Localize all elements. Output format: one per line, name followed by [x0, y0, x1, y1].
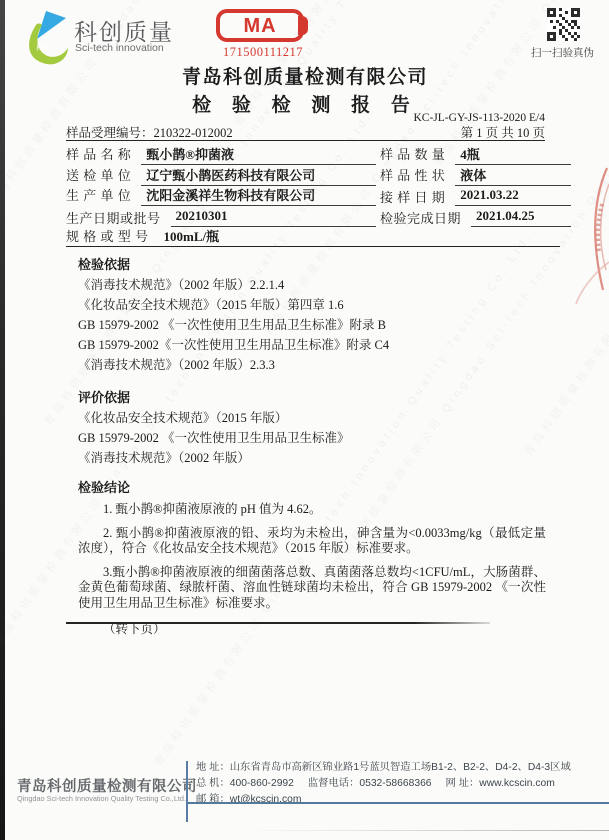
- basis-item: 《消毒技术规范》（2002 年版）2.2.1.4: [78, 275, 546, 295]
- qr-scan-caption: 扫一扫验真伪: [516, 45, 609, 60]
- field-label: 样 品 名 称: [66, 144, 141, 165]
- cma-mark-letters: MA: [243, 16, 276, 36]
- field-value: 沈阳金溪祥生物科技有限公司: [141, 185, 376, 206]
- website-value: www.kcscin.com: [479, 778, 555, 789]
- basis-item: GB 15979-2002 《一次性使用卫生用品卫生标准》附录 B: [78, 315, 546, 335]
- field-label: 送 检 单 位: [66, 165, 141, 186]
- red-seal-arc-icon: [567, 258, 609, 306]
- cma-mark-icon: MA: [216, 9, 304, 42]
- field-value: 4瓶: [455, 144, 571, 165]
- field-label: 生产日期或批号: [66, 208, 171, 227]
- address-label: 地 址：: [196, 762, 230, 773]
- field-value: 甄小鹊®抑菌液: [141, 144, 376, 165]
- field-value: 液体: [455, 165, 571, 186]
- basis-item: 《消毒技术规范》（2002 年版）2.3.3: [78, 355, 546, 375]
- field-value: 100mL/瓶: [159, 226, 376, 247]
- field-label: 样 品 性 状: [380, 165, 455, 186]
- divider-bottom: [66, 622, 490, 624]
- evaluation-item: 《消毒技术规范》（2002 年版）: [78, 448, 546, 468]
- basis-item: 《化妆品安全技术规范》（2015 年版）第四章 1.6: [78, 295, 546, 315]
- company-title: 青岛科创质量检测有限公司: [100, 62, 510, 89]
- phone-value: 400-860-2992: [230, 778, 294, 789]
- scan-edge: [0, 0, 5, 840]
- evaluation-item: 《化妆品安全技术规范》（2015 年版）: [78, 408, 546, 428]
- logo-badge-text: 科创: [36, 43, 50, 52]
- field-value: 20210301: [171, 208, 376, 227]
- cma-certificate-number: 171500111217: [208, 45, 318, 60]
- footer-address-line: 地 址：山东省青岛市高新区锦业路1号蓝贝智造工场B1-2、B2-2、D4-2、D…: [196, 760, 609, 776]
- divider-top: [66, 140, 545, 141]
- footer-email-line: 邮 箱：wt@kcscin.com: [196, 792, 609, 808]
- field-value: 2021.03.22: [455, 187, 571, 206]
- field-label: 规 格 或 型 号: [66, 226, 159, 247]
- table-row: 送 检 单 位辽宁甄小鹊医药科技有限公司 样 品 性 状液体: [66, 165, 571, 185]
- supervision-value: 0532-58668366: [359, 778, 431, 789]
- table-row: 生 产 单 位沈阳金溪祥生物科技有限公司 接 样 日 期2021.03.22: [66, 186, 571, 206]
- sample-no-label: 样品受理编号：: [66, 126, 154, 140]
- address-value: 山东省青岛市高新区锦业路1号蓝贝智造工场B1-2、B2-2、D4-2、D4-3区…: [230, 762, 571, 773]
- conclusion-paragraph: 2. 甄小鹊®抑菌液原液的铅、汞均为未检出，砷含量为<0.0033mg/kg（最…: [78, 526, 546, 557]
- basis-item: GB 15979-2002《一次性使用卫生用品卫生标准》附录 C4: [78, 335, 546, 355]
- sample-no-value: 210322-012002: [154, 126, 233, 140]
- field-value: 辽宁甄小鹊医药科技有限公司: [141, 165, 376, 186]
- footer-company-cn: 青岛科创质量检测有限公司: [17, 775, 197, 796]
- evaluation-item: GB 15979-2002 《一次性使用卫生用品卫生标准》: [78, 428, 546, 448]
- footer-rule-blue: [186, 802, 609, 804]
- field-label: 检验完成日期: [380, 208, 471, 227]
- report-body: 检验依据 《消毒技术规范》（2002 年版）2.2.1.4 《化妆品安全技术规范…: [78, 255, 546, 637]
- logo-wordmark-en: Sci-tech innovation: [75, 42, 164, 54]
- phone-label: 总 机：: [196, 778, 230, 789]
- sci-tech-logo-icon: 科创: [24, 10, 74, 66]
- page-indicator: 第 1 页 共 10 页: [461, 123, 545, 141]
- qr-code-icon: [547, 8, 580, 41]
- footer-divider: [186, 761, 188, 822]
- field-label: 接 样 日 期: [380, 187, 455, 206]
- conclusion-paragraph: 3.甄小鹊®抑菌液原液的细菌菌落总数、真菌菌落总数均<1CFU/mL，大肠菌群、…: [78, 565, 546, 612]
- divider-mid: [66, 246, 560, 247]
- website-label: 网 址：: [446, 778, 480, 789]
- table-row: 规 格 或 型 号100mL/瓶: [66, 227, 571, 247]
- footer-phone-line: 总 机：400-860-2992监督电话：0532-58668366网 址：ww…: [196, 776, 609, 792]
- footer-rule-gray: [240, 830, 609, 831]
- supervision-label: 监督电话：: [308, 778, 359, 789]
- footer-contact: 地 址：山东省青岛市高新区锦业路1号蓝贝智造工场B1-2、B2-2、D4-2、D…: [196, 760, 609, 808]
- report-page: 青岛科创质量检测有限公司 Qingdao Sci-tech Innovation…: [0, 0, 609, 840]
- field-label: 样 品 数 量: [380, 144, 455, 165]
- field-value: 2021.04.25: [471, 208, 571, 227]
- table-row: 生产日期或批号20210301 检验完成日期2021.04.25: [66, 206, 571, 226]
- sample-no-line: 样品受理编号：210322-012002: [66, 123, 233, 141]
- section-title-conclusion: 检验结论: [78, 478, 546, 498]
- footer-company-en: Qingdao Sci-tech Innovation Quality Test…: [17, 794, 186, 803]
- field-label: 生 产 单 位: [66, 185, 141, 206]
- sample-info-table: 样 品 名 称甄小鹊®抑菌液 样 品 数 量4瓶 送 检 单 位辽宁甄小鹊医药科…: [66, 145, 571, 247]
- table-row: 样 品 名 称甄小鹊®抑菌液 样 品 数 量4瓶: [66, 145, 571, 165]
- conclusion-paragraph: 1. 甄小鹊®抑菌液原液的 pH 值为 4.62。: [78, 502, 546, 518]
- continuation-note: （转下页）: [78, 622, 546, 637]
- section-title-evaluation: 评价依据: [78, 388, 546, 408]
- section-title-basis: 检验依据: [78, 255, 546, 275]
